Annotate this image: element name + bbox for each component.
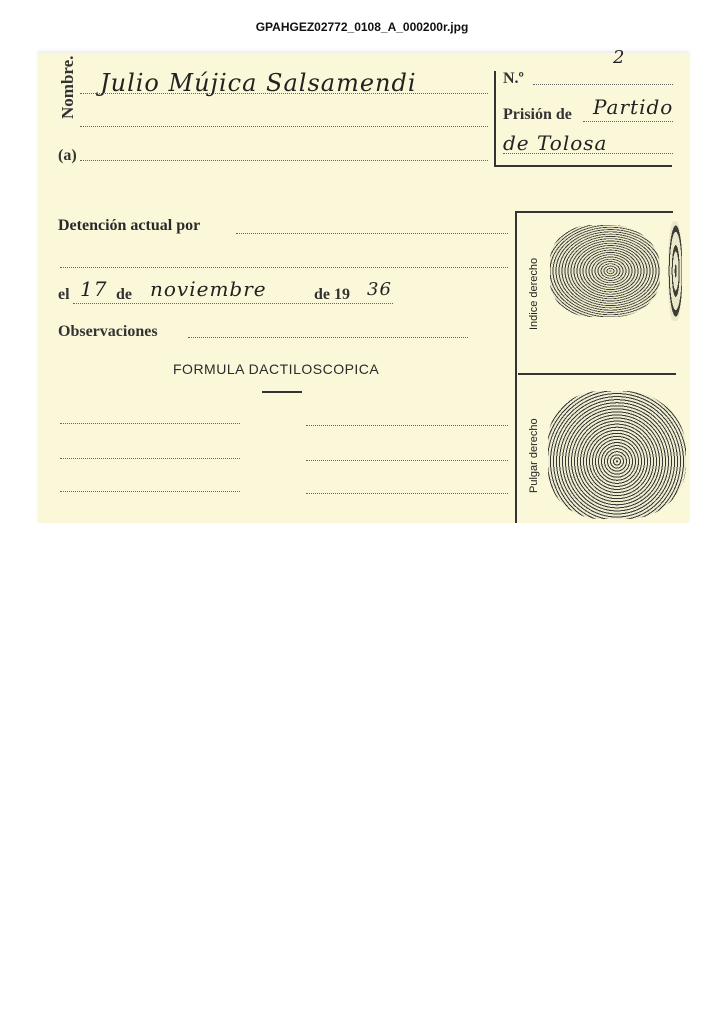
pulgar-box-top [518,373,676,375]
indice-box-top [515,211,673,213]
fecha-dia: 17 [80,277,107,301]
formula-line-right-3 [306,493,508,494]
formula-line-left-2 [60,458,240,459]
pulgar-label: Pulgar derecho [528,418,540,493]
prision-box-border [494,71,496,166]
formula-line-left-3 [60,491,240,492]
fecha-mes: noviembre [150,277,267,301]
prision-box-bottom [494,165,672,167]
observaciones-line [188,337,468,338]
nombre-line-2 [80,126,488,127]
nombre-label: Nombre. [58,56,78,119]
fecha-year-suffix: 36 [367,279,392,300]
prision-label: Prisión de [503,106,572,124]
observaciones-label: Observaciones [58,323,158,341]
pulgar-fingerprint [548,391,686,519]
document-filename: GPAHGEZ02772_0108_A_000200r.jpg [0,20,724,34]
prision-line-2 [503,153,673,154]
fecha-el-label: el [58,286,70,304]
formula-line-right-2 [306,460,508,461]
formula-rule [262,391,302,393]
detencion-line-1 [236,233,508,234]
fecha-year-label: de 19 [314,286,350,304]
numero-line [533,84,673,85]
formula-line-right-1 [306,425,508,426]
alias-line [80,160,488,161]
numero-label: N.º [503,70,524,88]
fecha-line [73,303,393,304]
nombre-line-1 [80,93,488,94]
prision-line-1 [583,121,673,122]
detencion-label: Detención actual por [58,217,200,235]
indice-fingerprint [550,225,660,317]
numero-mark: 2 [613,47,625,68]
prisoner-record-card: Nombre. Julio Mújica Salsamendi (a) 2 N.… [38,53,689,523]
fingerprint-box-border [515,211,517,523]
formula-title: FORMULA DACTILOSCOPICA [173,361,379,377]
fecha-de-label: de [116,286,132,304]
formula-line-left-1 [60,423,240,424]
detencion-line-2 [60,267,508,268]
prision-value-line2: de Tolosa [503,131,607,155]
alias-label: (a) [58,147,77,165]
indice-label: Indice derecho [528,258,540,330]
prision-value-line1: Partido [593,95,673,119]
indice-fingerprint-edge [668,221,682,321]
